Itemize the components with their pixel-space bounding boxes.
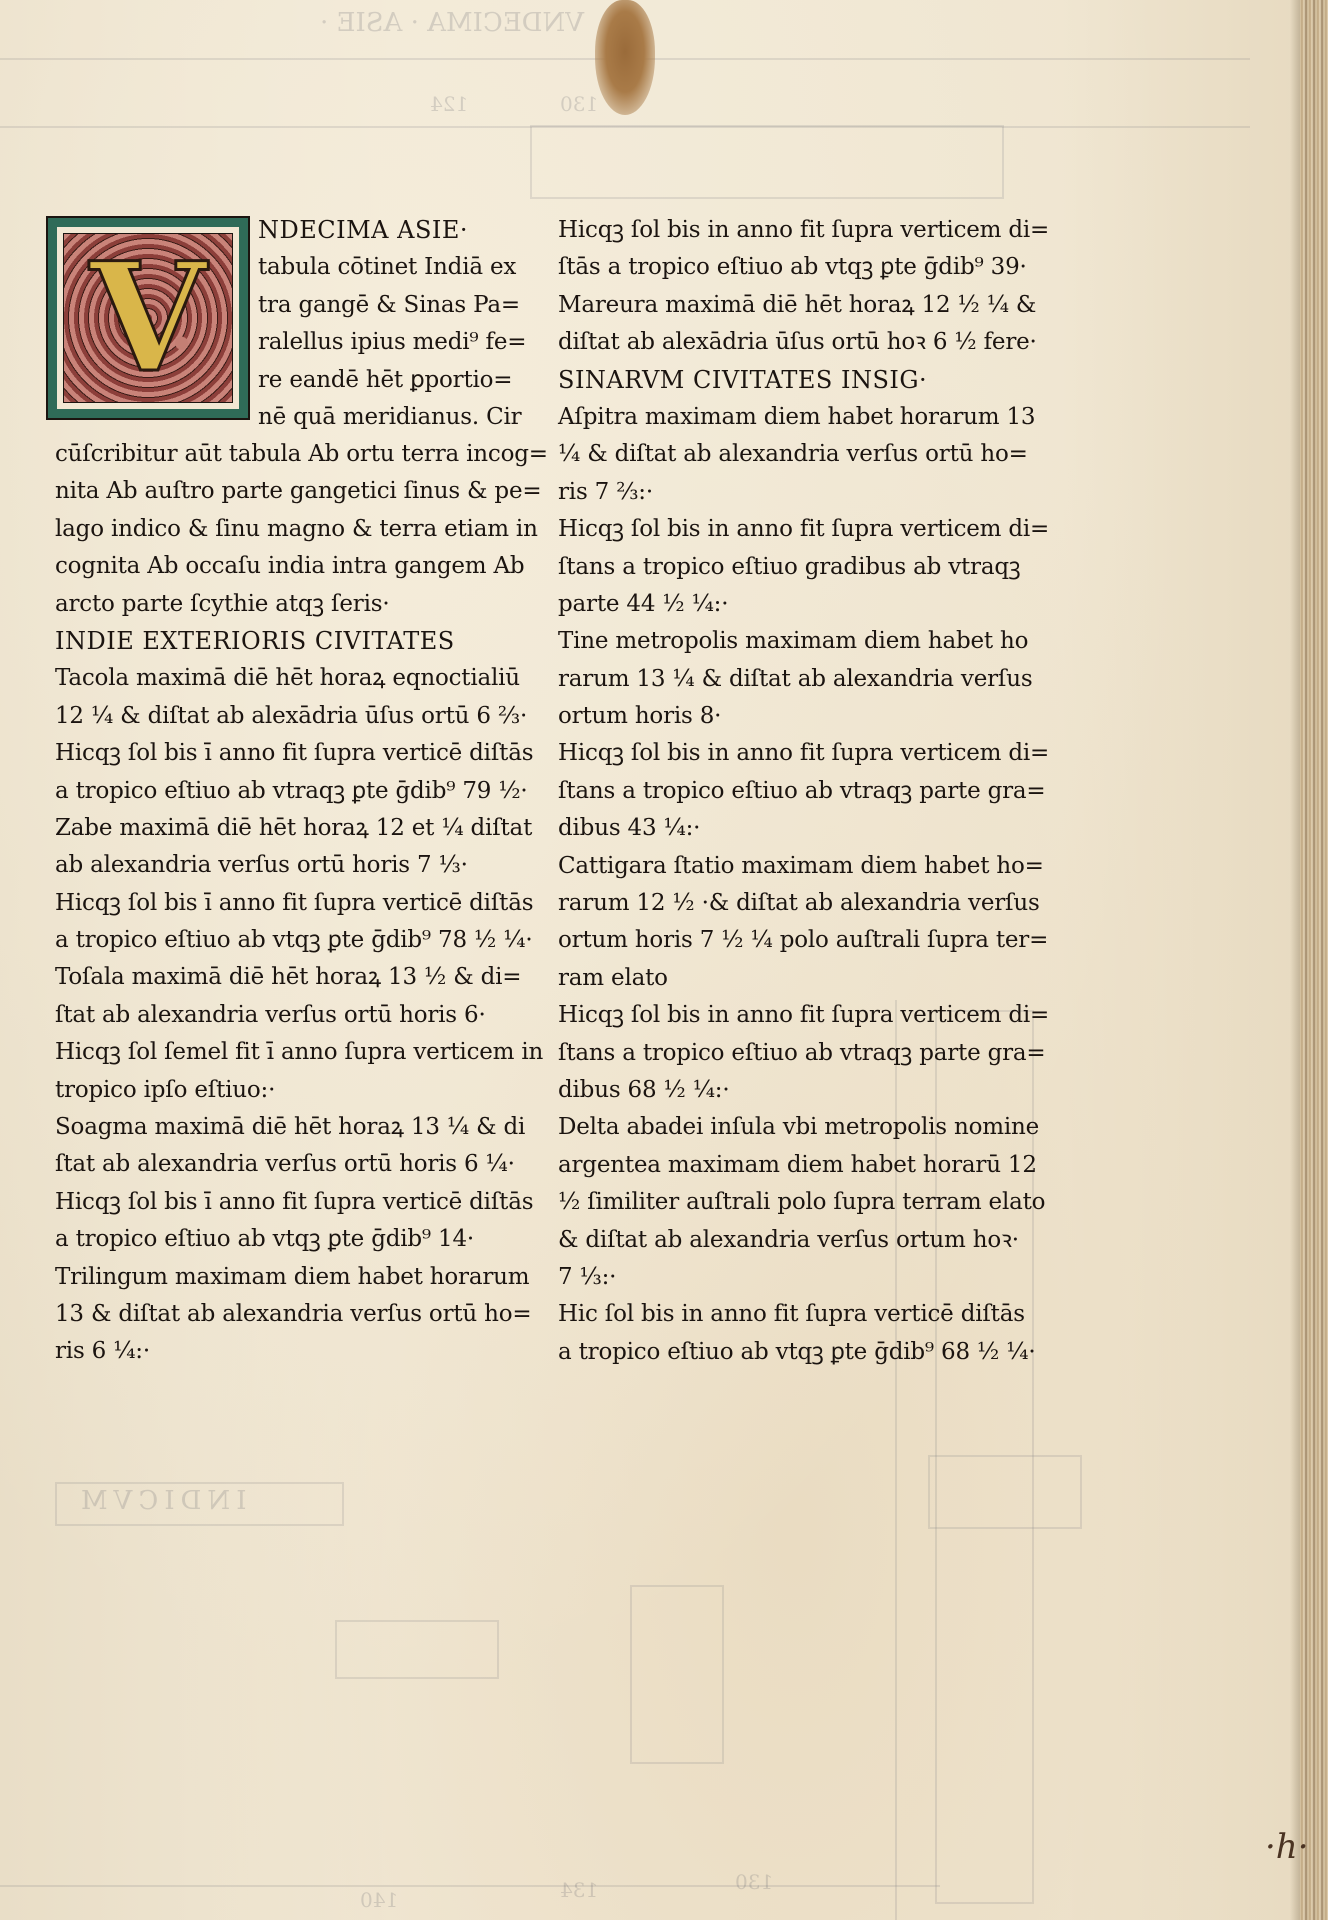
text-line: tra gangē & Sinas Pa= bbox=[258, 287, 526, 324]
text-line: cognita Ab occaſu india intra gangem Ab bbox=[55, 548, 548, 585]
text-line: ſtat ab alexandria verſus ortū horis 6· bbox=[55, 997, 548, 1034]
text-line: Tine metropolis maximam diem habet ho bbox=[558, 623, 1049, 660]
text-line: ortum horis 8· bbox=[558, 698, 1049, 735]
ghost-box bbox=[530, 125, 1004, 199]
text-line: ſtat ab alexandria verſus ortū horis 6 ¼… bbox=[55, 1146, 548, 1183]
text-line: nē quā meridianus. Cir bbox=[258, 399, 526, 436]
text-line: Soagma maximā diē hēt horaꝝ 13 ¼ & di bbox=[55, 1109, 548, 1146]
text-line: a tropico eſtiuo ab vtqꝫ ꝑte ḡdib⁹ 78 ½ … bbox=[55, 922, 548, 959]
text-line: Tacola maximā diē hēt horaꝝ eqnoctialiū bbox=[55, 660, 548, 697]
ghost-region-label: INDICVM bbox=[75, 1486, 246, 1516]
ink-stain bbox=[595, 0, 655, 115]
text-line: Delta abadei inſula vbi metropolis nomin… bbox=[558, 1109, 1049, 1146]
text-line: arcto parte ſcythie atqꝫ ſeris· bbox=[55, 586, 548, 623]
text-line: Hicqꝫ ſol bis in anno fit ſupra verticem… bbox=[558, 997, 1049, 1034]
text-line: nita Ab auſtro parte gangetici ſinus & p… bbox=[55, 473, 548, 510]
text-line: cūſcribitur aūt tabula Ab ortu terra inc… bbox=[55, 436, 548, 473]
text-line: ſtās a tropico eſtiuo ab vtqꝫ ꝑte ḡdib⁹ … bbox=[558, 249, 1049, 286]
text-line: 7 ⅓:· bbox=[558, 1259, 1049, 1296]
illuminated-initial: V bbox=[48, 218, 248, 418]
text-line: Cattigara ſtatio maximam diem habet ho= bbox=[558, 848, 1049, 885]
text-line: NDECIMA ASIE· bbox=[258, 212, 526, 249]
ghost-scale-number: 124 bbox=[430, 92, 468, 116]
text-line: ab alexandria verſus ortū horis 7 ⅓· bbox=[55, 847, 548, 884]
text-line: rarum 13 ¼ & diſtat ab alexandria verſus bbox=[558, 661, 1049, 698]
text-line: Hicqꝫ ſol bis ī anno fit ſupra verticē d… bbox=[55, 735, 548, 772]
ghost-box bbox=[928, 1455, 1082, 1529]
text-line: re eandē hēt ꝑportio= bbox=[258, 362, 526, 399]
text-line: dibus 43 ¼:· bbox=[558, 810, 1049, 847]
ghost-scale-number: 140 bbox=[360, 1888, 398, 1912]
section-heading: INDIE EXTERIORIS CIVITATES bbox=[55, 623, 548, 660]
text-line: tabula cōtinet Indiā ex bbox=[258, 249, 526, 286]
text-line: Trilingum maximam diem habet horarum bbox=[55, 1259, 548, 1296]
text-line: ralellus ipius medi⁹ fe= bbox=[258, 324, 526, 361]
text-line: tropico ipſo eſtiuo:· bbox=[55, 1072, 548, 1109]
text-line: ris 6 ¼:· bbox=[55, 1333, 548, 1370]
text-line: parte 44 ½ ¼:· bbox=[558, 586, 1049, 623]
signature-mark: ·h· bbox=[1265, 1827, 1309, 1867]
text-line: Hicqꝫ ſol bis in anno fit ſupra verticem… bbox=[558, 212, 1049, 249]
text-line: Hicqꝫ ſol bis in anno fit ſupra verticem… bbox=[558, 511, 1049, 548]
text-line: Hicqꝫ ſol ſemel fit ī anno ſupra vertice… bbox=[55, 1034, 548, 1071]
text-line: ris 7 ⅔:· bbox=[558, 474, 1049, 511]
initial-letter: V bbox=[57, 227, 239, 409]
ghost-running-head: VNDECIMA · ASIE · bbox=[320, 8, 584, 38]
ghost-box bbox=[335, 1620, 499, 1679]
ghost-rule bbox=[0, 1885, 940, 1887]
text-line: 12 ¼ & diſtat ab alexādria ūſus ortū 6 ⅔… bbox=[55, 698, 548, 735]
ghost-scale-number: 134 bbox=[560, 1878, 598, 1902]
text-line: Zabe maximā diē hēt horaꝝ 12 et ¼ diſtat bbox=[55, 810, 548, 847]
page-edge-shadow bbox=[1290, 0, 1300, 1920]
text-line: a tropico eſtiuo ab vtqꝫ ꝑte ḡdib⁹ 14· bbox=[55, 1221, 548, 1258]
text-line: Mareura maximā diē hēt horaꝝ 12 ½ ¼ & bbox=[558, 287, 1049, 324]
text-line: a tropico eſtiuo ab vtraqꝫ ꝑte ḡdib⁹ 79 … bbox=[55, 773, 548, 810]
text-line: rarum 12 ½ ·& diſtat ab alexandria verſu… bbox=[558, 885, 1049, 922]
text-line: ſtans a tropico eſtiuo ab vtraqꝫ parte g… bbox=[558, 1035, 1049, 1072]
text-line: a tropico eſtiuo ab vtqꝫ ꝑte ḡdib⁹ 68 ½ … bbox=[558, 1334, 1049, 1371]
text-line: ſtans a tropico eſtiuo ab vtraqꝫ parte g… bbox=[558, 773, 1049, 810]
left-column: cūſcribitur aūt tabula Ab ortu terra inc… bbox=[55, 436, 548, 1371]
text-line: ½ ſimiliter auſtrali polo ſupra terram e… bbox=[558, 1184, 1049, 1221]
right-column: Hicqꝫ ſol bis in anno fit ſupra verticem… bbox=[558, 212, 1049, 1371]
text-line: Hicqꝫ ſol bis in anno fit ſupra verticem… bbox=[558, 735, 1049, 772]
ghost-scale-number: 130 bbox=[735, 1870, 773, 1894]
text-line: argentea maximam diem habet horarū 12 bbox=[558, 1147, 1049, 1184]
text-line: 13 & diſtat ab alexandria verſus ortū ho… bbox=[55, 1296, 548, 1333]
text-line: dibus 68 ½ ¼:· bbox=[558, 1072, 1049, 1109]
text-line: ram elato bbox=[558, 960, 1049, 997]
text-line: Aſpitra maximam diem habet horarum 13 bbox=[558, 399, 1049, 436]
text-line: diſtat ab alexādria ūſus ortū hoꝛ 6 ½ fe… bbox=[558, 324, 1049, 361]
text-line: Hic ſol bis in anno fit ſupra verticē di… bbox=[558, 1296, 1049, 1333]
text-line: Hicqꝫ ſol bis ī anno fit ſupra verticē d… bbox=[55, 885, 548, 922]
left-column-head: NDECIMA ASIE· tabula cōtinet Indiā ex tr… bbox=[258, 212, 526, 436]
ghost-scale-number: 130 bbox=[560, 92, 598, 116]
section-heading: SINARVM CIVITATES INSIG· bbox=[558, 362, 1049, 399]
text-line: & diſtat ab alexandria verſus ortum hoꝛ· bbox=[558, 1222, 1049, 1259]
text-line: ſtans a tropico eſtiuo gradibus ab vtraq… bbox=[558, 549, 1049, 586]
page-edge-binding bbox=[1300, 0, 1328, 1920]
text-line: ¼ & diſtat ab alexandria verſus ortū ho= bbox=[558, 436, 1049, 473]
text-line: Hicqꝫ ſol bis ī anno fit ſupra verticē d… bbox=[55, 1184, 548, 1221]
ghost-box bbox=[630, 1585, 724, 1764]
text-line: Toſala maximā diē hēt horaꝝ 13 ½ & di= bbox=[55, 959, 548, 996]
text-line: ortum horis 7 ½ ¼ polo auſtrali ſupra te… bbox=[558, 922, 1049, 959]
text-line: lago indico & ſinu magno & terra etiam i… bbox=[55, 511, 548, 548]
